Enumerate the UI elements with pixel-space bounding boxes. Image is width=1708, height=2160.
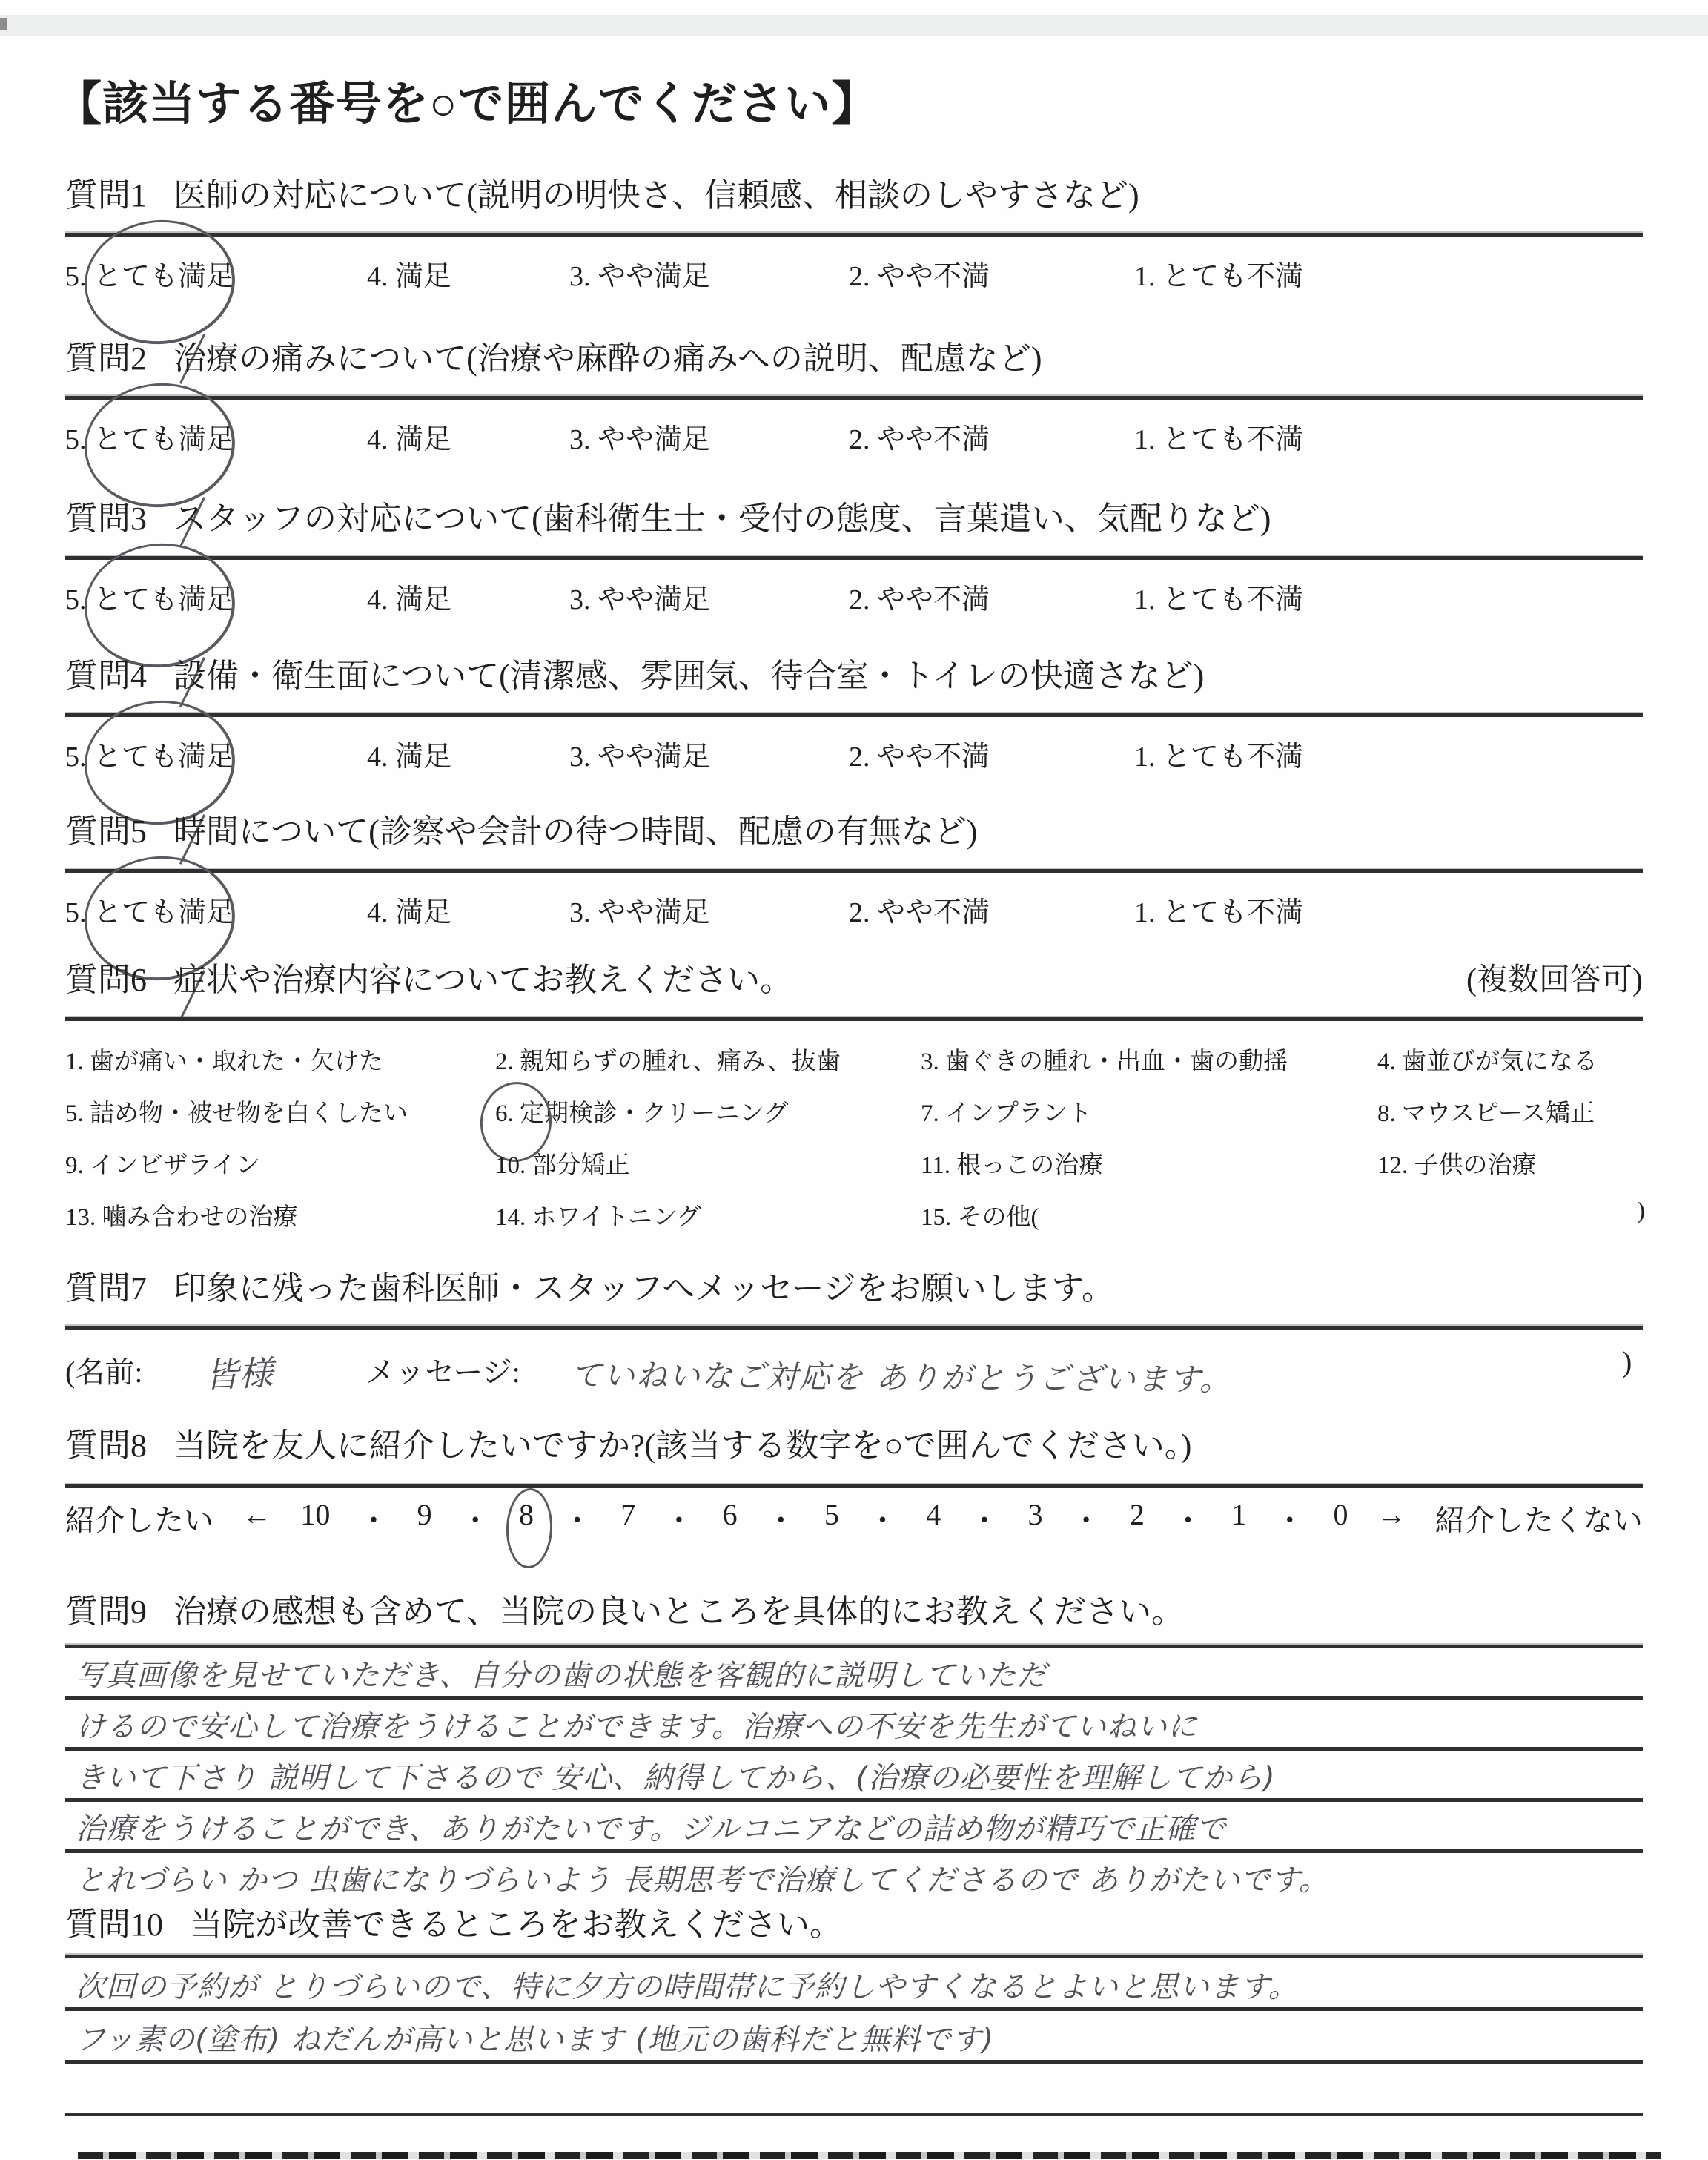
dot-separator: ・ bbox=[664, 1497, 694, 1539]
rating-option-1: 1. とても不満 bbox=[1134, 576, 1303, 617]
right-arrow-icon: → bbox=[1377, 1497, 1406, 1539]
question-6-section: 質問6 症状や治療内容についてお教えください。 (複数回答可) 1. 歯が痛い・… bbox=[65, 961, 1643, 1238]
rating-option-4: 4. 満足 bbox=[367, 416, 451, 457]
question-3-section: 質問3 スタッフの対応について(歯科衛生士・受付の態度、言葉遣い、気配りなど) … bbox=[65, 500, 1643, 616]
question-3-title: スタッフの対応について(歯科衛生士・受付の態度、言葉遣い、気配りなど) bbox=[173, 500, 1271, 538]
name-field-label: (名前: bbox=[65, 1349, 142, 1391]
dot-separator: ・ bbox=[563, 1497, 592, 1539]
question-7-title: 印象に残った歯科医師・スタッフへメッセージをお願いします。 bbox=[173, 1269, 1114, 1308]
q6-option-15-other: 15. その他( bbox=[921, 1198, 1039, 1232]
rating-option-3: 3. やや満足 bbox=[569, 889, 710, 930]
question-2-heading: 質問2 治療の痛みについて(治療や麻酔の痛みへの説明、配慮など) bbox=[65, 340, 1643, 378]
question-2-label: 質問2 bbox=[65, 340, 147, 378]
scale-number-9: 9 bbox=[417, 1497, 432, 1539]
question-1-title: 医師の対応について(説明の明快さ、信頼感、相談のしやすさなど) bbox=[173, 176, 1139, 215]
divider-rule bbox=[65, 1017, 1643, 1021]
question-6-label: 質問6 bbox=[65, 961, 147, 1000]
q6-options-row-1: 1. 歯が痛い・取れた・欠けた 2. 親知らずの腫れ、痛み、抜歯 3. 歯ぐきの… bbox=[65, 1030, 1643, 1082]
question-8-title: 当院を友人に紹介したいですか?(該当する数字を○で囲んでください。) bbox=[173, 1427, 1191, 1465]
question-3-options: 5. とても満足 4. 満足 3. やや満足 2. やや不満 1. とても不満 bbox=[65, 570, 1643, 616]
question-9-label: 質問9 bbox=[65, 1593, 147, 1631]
rating-option-4: 4. 満足 bbox=[367, 576, 451, 617]
question-10-answer-area: 次回の予約が とりづらいので、特に夕方の時間帯に予約しやすくなるとよいと思います… bbox=[65, 1958, 1643, 2116]
scale-number-6: 6 bbox=[723, 1497, 738, 1539]
divider-rule bbox=[65, 1484, 1643, 1488]
multiple-answers-note: (複数回答可) bbox=[1466, 961, 1643, 1000]
close-paren: ) bbox=[1622, 1344, 1632, 1379]
q6-option-11: 11. 根っこの治療 bbox=[921, 1146, 1103, 1180]
rating-option-1: 1. とても不満 bbox=[1134, 889, 1303, 930]
q6-option-2: 2. 親知らずの腫れ、痛み、抜歯 bbox=[495, 1042, 841, 1077]
dot-separator: ・ bbox=[1173, 1497, 1202, 1539]
question-7-heading: 質問7 印象に残った歯科医師・スタッフへメッセージをお願いします。 bbox=[65, 1269, 1643, 1308]
rating-option-2: 2. やや不満 bbox=[849, 416, 990, 457]
question-5-options: 5. とても満足 4. 満足 3. やや満足 2. やや不満 1. とても不満 bbox=[65, 883, 1643, 929]
question-10-title: 当院が改善できるところをお教えください。 bbox=[190, 1906, 842, 1944]
rating-option-2: 2. やや不満 bbox=[849, 889, 990, 930]
question-4-label: 質問4 bbox=[65, 657, 147, 696]
question-5-section: 質問5 時間について(診察や会計の待つ時間、配慮の有無など) 5. とても満足 … bbox=[65, 813, 1643, 929]
q6-option-9: 9. インビザライン bbox=[65, 1146, 260, 1180]
q6-options-row-4: 13. 噛み合わせの治療 14. ホワイトニング 15. その他( ) bbox=[65, 1186, 1643, 1238]
divider-rule bbox=[65, 233, 1643, 237]
q6-option-13: 13. 噛み合わせの治療 bbox=[65, 1198, 298, 1232]
recommend-scale-row: 紹介したい ← 10 ・ 9 ・ 8 ・ 7 ・ 6 ・ 5 ・ 4 ・ 3 ・… bbox=[65, 1497, 1643, 1539]
dot-separator: ・ bbox=[970, 1497, 999, 1539]
question-5-heading: 質問5 時間について(診察や会計の待つ時間、配慮の有無など) bbox=[65, 813, 1643, 851]
handwritten-message-value: ていねいなご対応を ありがとうございます。 bbox=[571, 1351, 1232, 1400]
dot-separator: ・ bbox=[766, 1497, 795, 1539]
q6-option-7: 7. インプラント bbox=[921, 1094, 1092, 1129]
handwritten-name-value: 皆様 bbox=[204, 1346, 274, 1397]
q6-option-5: 5. 詰め物・被せ物を白くしたい bbox=[65, 1094, 408, 1129]
rating-option-1: 1. とても不満 bbox=[1134, 733, 1303, 774]
handwritten-circle-q8-answer bbox=[505, 1487, 554, 1569]
scale-number-8-selected: 8 bbox=[519, 1497, 534, 1539]
handwritten-text: 写真画像を見せていただき、自分の歯の状態を客観的に説明していただ bbox=[76, 1652, 1047, 1694]
question-8-section: 質問8 当院を友人に紹介したいですか?(該当する数字を○で囲んでください。) 紹… bbox=[65, 1427, 1643, 1539]
question-4-section: 質問4 設備・衛生面について(清潔感、雰囲気、待合室・トイレの快適さなど) 5.… bbox=[65, 657, 1643, 773]
question-5-title: 時間について(診察や会計の待つ時間、配慮の有無など) bbox=[173, 813, 977, 851]
question-9-answer-area: 写真画像を見せていただき、自分の歯の状態を客観的に説明していただ けるので安心し… bbox=[65, 1648, 1643, 1900]
answer-line: とれづらい かつ 虫歯になりづらいよう 長期思考で治療してくださるので ありがた… bbox=[65, 1853, 1643, 1900]
question-9-heading: 質問9 治療の感想も含めて、当院の良いところを具体的にお教えください。 bbox=[65, 1593, 1643, 1631]
rating-option-3: 3. やや満足 bbox=[569, 416, 710, 457]
message-field-label: メッセージ: bbox=[365, 1349, 520, 1391]
question-9-section: 質問9 治療の感想も含めて、当院の良いところを具体的にお教えください。 写真画像… bbox=[65, 1593, 1643, 1900]
answer-line: 次回の予約が とりづらいので、特に夕方の時間帯に予約しやすくなるとよいと思います… bbox=[65, 1958, 1643, 2011]
handwritten-text: 治療をうけることができ、ありがたいです。ジルコニアなどの詰め物が精巧で正確で bbox=[76, 1806, 1226, 1848]
q6-other-close-paren: ) bbox=[1637, 1198, 1645, 1225]
q6-option-8: 8. マウスピース矯正 bbox=[1377, 1094, 1595, 1129]
dot-separator: ・ bbox=[359, 1497, 388, 1539]
page-title: 【該当する番号を○で囲んでください】 bbox=[56, 67, 878, 133]
cut-off-text-strip bbox=[78, 2152, 1661, 2159]
q6-option-1: 1. 歯が痛い・取れた・欠けた bbox=[65, 1042, 383, 1077]
question-2-title: 治療の痛みについて(治療や麻酔の痛みへの説明、配慮など) bbox=[173, 340, 1042, 378]
dot-separator: ・ bbox=[1071, 1497, 1101, 1539]
handwritten-text: きいて下さり 説明して下さるので 安心、納得してから、(治療の必要性を理解してか… bbox=[76, 1754, 1276, 1797]
question-4-title: 設備・衛生面について(清潔感、雰囲気、待合室・トイレの快適さなど) bbox=[173, 657, 1204, 696]
q6-option-3: 3. 歯ぐきの腫れ・出血・歯の動揺 bbox=[921, 1042, 1288, 1077]
question-7-section: 質問7 印象に残った歯科医師・スタッフへメッセージをお願いします。 (名前: 皆… bbox=[65, 1269, 1643, 1411]
dot-separator: ・ bbox=[1275, 1497, 1305, 1539]
question-2-section: 質問2 治療の痛みについて(治療や麻酔の痛みへの説明、配慮など) 5. とても満… bbox=[65, 340, 1643, 456]
rating-option-3: 3. やや満足 bbox=[569, 576, 710, 617]
answer-line: けるので安心して治療をうけることができます。治療への不安を先生がていねいに bbox=[65, 1700, 1643, 1751]
question-1-label: 質問1 bbox=[65, 176, 147, 215]
handwritten-text: フッ素の(塗布) ねだんが高いと思います (地元の歯科だと無料です) bbox=[76, 2016, 994, 2058]
question-1-options: 5. とても満足 4. 満足 3. やや満足 2. やや不満 1. とても不満 bbox=[65, 247, 1643, 293]
question-8-label: 質問8 bbox=[65, 1427, 147, 1465]
question-10-label: 質問10 bbox=[65, 1906, 163, 1944]
question-4-options: 5. とても満足 4. 満足 3. やや満足 2. やや不満 1. とても不満 bbox=[65, 727, 1643, 773]
scale-right-label: 紹介したくない bbox=[1435, 1497, 1643, 1539]
left-arrow-icon: ← bbox=[242, 1497, 272, 1539]
scale-number-7: 7 bbox=[620, 1497, 635, 1539]
question-6-title: 症状や治療内容についてお教えください。 bbox=[173, 961, 792, 1000]
scale-number-3: 3 bbox=[1028, 1497, 1043, 1539]
rating-option-4: 4. 満足 bbox=[367, 253, 451, 294]
scan-artifact bbox=[0, 18, 7, 30]
divider-rule bbox=[65, 556, 1643, 560]
q6-option-14: 14. ホワイトニング bbox=[495, 1198, 701, 1232]
rating-option-1: 1. とても不満 bbox=[1134, 416, 1303, 457]
rating-option-2: 2. やや不満 bbox=[849, 253, 990, 294]
q6-options-row-2: 5. 詰め物・被せ物を白くしたい 6. 定期検診・クリーニング 7. インプラン… bbox=[65, 1082, 1643, 1134]
scale-number-2: 2 bbox=[1130, 1497, 1145, 1539]
q6-option-4: 4. 歯並びが気になる bbox=[1377, 1042, 1598, 1077]
question-7-answer-row: (名前: 皆様 メッセージ: ていねいなご対応を ありがとうございます。 ) bbox=[65, 1337, 1643, 1411]
question-1-section: 質問1 医師の対応について(説明の明快さ、信頼感、相談のしやすさなど) 5. と… bbox=[65, 176, 1643, 293]
question-3-heading: 質問3 スタッフの対応について(歯科衛生士・受付の態度、言葉遣い、気配りなど) bbox=[65, 500, 1643, 538]
answer-line-empty bbox=[65, 2064, 1643, 2116]
q6-options-row-3: 9. インビザライン 10. 部分矯正 11. 根っこの治療 12. 子供の治療 bbox=[65, 1134, 1643, 1186]
q6-option-12: 12. 子供の治療 bbox=[1377, 1146, 1537, 1180]
handwritten-text: とれづらい かつ 虫歯になりづらいよう 長期思考で治療してくださるので ありがた… bbox=[76, 1857, 1329, 1899]
rating-option-4: 4. 満足 bbox=[367, 889, 451, 930]
rating-option-3: 3. やや満足 bbox=[569, 253, 710, 294]
scale-number-5: 5 bbox=[824, 1497, 839, 1539]
answer-line: フッ素の(塗布) ねだんが高いと思います (地元の歯科だと無料です) bbox=[65, 2011, 1643, 2064]
scale-number-10: 10 bbox=[300, 1497, 330, 1539]
scale-number-0: 0 bbox=[1333, 1497, 1348, 1539]
scanned-survey-page: 【該当する番号を○で囲んでください】 質問1 医師の対応について(説明の明快さ、… bbox=[0, 0, 1708, 2160]
q6-option-10: 10. 部分矯正 bbox=[495, 1146, 630, 1180]
dot-separator: ・ bbox=[460, 1497, 490, 1539]
rating-option-4: 4. 満足 bbox=[367, 733, 451, 774]
question-10-section: 質問10 当院が改善できるところをお教えください。 次回の予約が とりづらいので… bbox=[65, 1906, 1643, 2116]
question-5-label: 質問5 bbox=[65, 813, 147, 851]
question-8-heading: 質問8 当院を友人に紹介したいですか?(該当する数字を○で囲んでください。) bbox=[65, 1427, 1643, 1465]
question-7-label: 質問7 bbox=[65, 1269, 147, 1308]
question-6-options: 1. 歯が痛い・取れた・欠けた 2. 親知らずの腫れ、痛み、抜歯 3. 歯ぐきの… bbox=[65, 1030, 1643, 1238]
question-4-heading: 質問4 設備・衛生面について(清潔感、雰囲気、待合室・トイレの快適さなど) bbox=[65, 657, 1643, 696]
rating-option-3: 3. やや満足 bbox=[569, 733, 710, 774]
divider-rule bbox=[65, 396, 1643, 400]
question-1-heading: 質問1 医師の対応について(説明の明快さ、信頼感、相談のしやすさなど) bbox=[65, 176, 1643, 215]
answer-line: きいて下さり 説明して下さるので 安心、納得してから、(治療の必要性を理解してか… bbox=[65, 1751, 1643, 1802]
scale-number-4: 4 bbox=[926, 1497, 941, 1539]
divider-rule bbox=[65, 1326, 1643, 1330]
answer-line: 治療をうけることができ、ありがたいです。ジルコニアなどの詰め物が精巧で正確で bbox=[65, 1802, 1643, 1853]
handwritten-text: 次回の予約が とりづらいので、特に夕方の時間帯に予約しやすくなるとよいと思います… bbox=[76, 1964, 1299, 2006]
question-2-options: 5. とても満足 4. 満足 3. やや満足 2. やや不満 1. とても不満 bbox=[65, 410, 1643, 456]
scale-number-1: 1 bbox=[1231, 1497, 1246, 1539]
rating-option-2: 2. やや不満 bbox=[849, 576, 990, 617]
question-10-heading: 質問10 当院が改善できるところをお教えください。 bbox=[65, 1906, 1643, 1944]
answer-line: 写真画像を見せていただき、自分の歯の状態を客観的に説明していただ bbox=[65, 1648, 1643, 1700]
divider-rule bbox=[65, 869, 1643, 873]
scan-edge-band bbox=[0, 15, 1708, 36]
question-9-title: 治療の感想も含めて、当院の良いところを具体的にお教えください。 bbox=[173, 1593, 1184, 1631]
dot-separator: ・ bbox=[868, 1497, 898, 1539]
scale-left-label: 紹介したい bbox=[65, 1497, 213, 1539]
divider-rule bbox=[65, 713, 1643, 717]
rating-option-2: 2. やや不満 bbox=[849, 733, 990, 774]
question-3-label: 質問3 bbox=[65, 500, 147, 538]
handwritten-text: けるので安心して治療をうけることができます。治療への不安を先生がていねいに bbox=[76, 1703, 1198, 1745]
rating-option-1: 1. とても不満 bbox=[1134, 253, 1303, 294]
question-6-heading: 質問6 症状や治療内容についてお教えください。 (複数回答可) bbox=[65, 961, 1643, 1000]
